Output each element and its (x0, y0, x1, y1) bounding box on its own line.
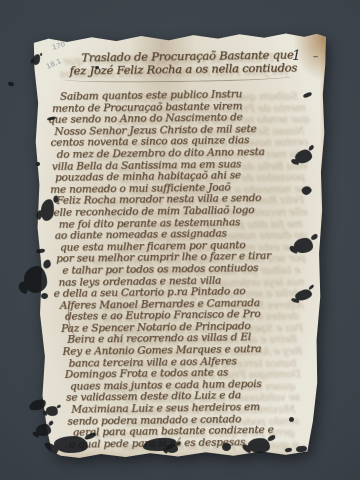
pencil-folio-annotation: 170 (51, 40, 66, 52)
folio-dash: – (313, 50, 319, 63)
paper-sheet: 170 18.1 1– Traslado de Procuraçaõ Basta… (24, 30, 332, 460)
ink-blot (7, 81, 14, 87)
handwritten-text-layer: Traslado de Procuraçaõ Bastante quefez J… (47, 48, 315, 451)
photo-background: 170 18.1 1– Traslado de Procuraçaõ Basta… (0, 0, 360, 480)
manuscript-page: 170 18.1 1– Traslado de Procuraçaõ Basta… (24, 30, 332, 460)
